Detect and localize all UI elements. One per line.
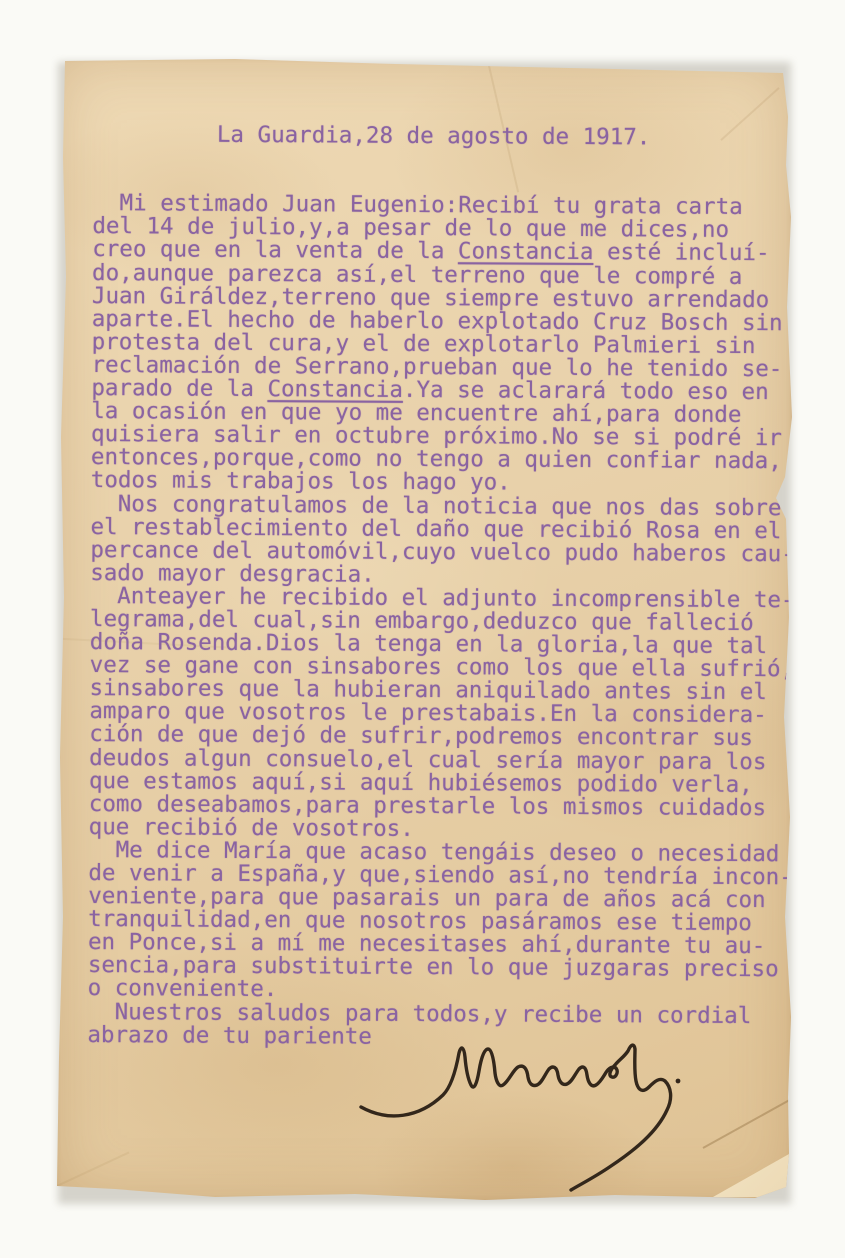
letter-content: La Guardia,28 de agosto de 1917. Mi esti… — [87, 123, 793, 1051]
paper-crease — [43, 1152, 130, 1194]
letter-paper: La Guardia,28 de agosto de 1917. Mi esti… — [55, 57, 792, 1201]
letter-body-text: Mi estimado Juan Eugenio:Recibí tu grata… — [87, 192, 792, 1051]
fold-crease-line — [703, 1099, 791, 1149]
signature-period-dot — [676, 1079, 681, 1084]
letter-date-line: La Guardia,28 de agosto de 1917. — [93, 123, 793, 150]
signature-manuel — [343, 1037, 723, 1202]
signature-stroke — [361, 1045, 671, 1190]
photo-background: La Guardia,28 de agosto de 1917. Mi esti… — [0, 0, 845, 1258]
